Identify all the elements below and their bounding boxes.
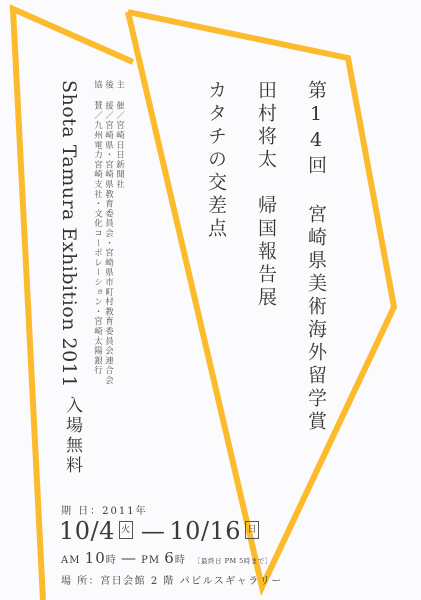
- venue-label: 場 所：: [61, 576, 100, 587]
- exhibition-subtitle: カタチの交差点: [206, 80, 225, 241]
- final-day-note: ［最終日 PM 5時まで］: [194, 557, 272, 565]
- sponsor-support: 後 援／宮崎県・宮崎県教育委員会・宮崎県市町村教育委員会連合会: [104, 80, 113, 385]
- time-start: 10: [85, 549, 106, 567]
- award-title: 第14回 宮崎県美術海外留学賞: [306, 80, 325, 434]
- english-title: Shota Tamura Exhibition 2011: [58, 80, 80, 388]
- sponsor-organizer: 主 催／宮崎日日新聞社: [115, 80, 124, 189]
- start-date: 10/4: [59, 517, 115, 545]
- venue-name: 宮日会館 2 階 パビルスギャラリー: [100, 576, 283, 587]
- end-date: 10/16: [169, 517, 241, 545]
- time-pm: PM: [141, 555, 160, 566]
- hour-suffix-start: 時: [106, 555, 117, 566]
- period-label: 期 日：2011年: [61, 502, 148, 517]
- time-end: 6: [164, 549, 175, 567]
- time-dash: —: [121, 549, 137, 567]
- date-range: 10/4火—10/16日: [59, 517, 263, 545]
- opening-hours: AM 10時 — PM 6時 ［最終日 PM 5時まで］: [61, 549, 272, 567]
- end-day-box: 日: [245, 521, 259, 539]
- sponsor-cooperation: 協 賛／九州電力宮崎支社・文化コーポレーション・宮崎太陽銀行: [93, 80, 102, 376]
- exhibition-poster: 第14回 宮崎県美術海外留学賞 田村将太 帰国報告展 カタチの交差点 主 催／宮…: [0, 0, 421, 600]
- start-day-box: 火: [119, 521, 133, 539]
- time-am: AM: [61, 555, 80, 566]
- venue: 場 所：宮日会館 2 階 パビルスギャラリー: [61, 572, 283, 587]
- hour-suffix-end: 時: [175, 555, 186, 566]
- date-dash: —: [141, 517, 166, 545]
- artist-title: 田村将太 帰国報告展: [256, 80, 275, 310]
- admission-free: 入場無料: [60, 396, 85, 476]
